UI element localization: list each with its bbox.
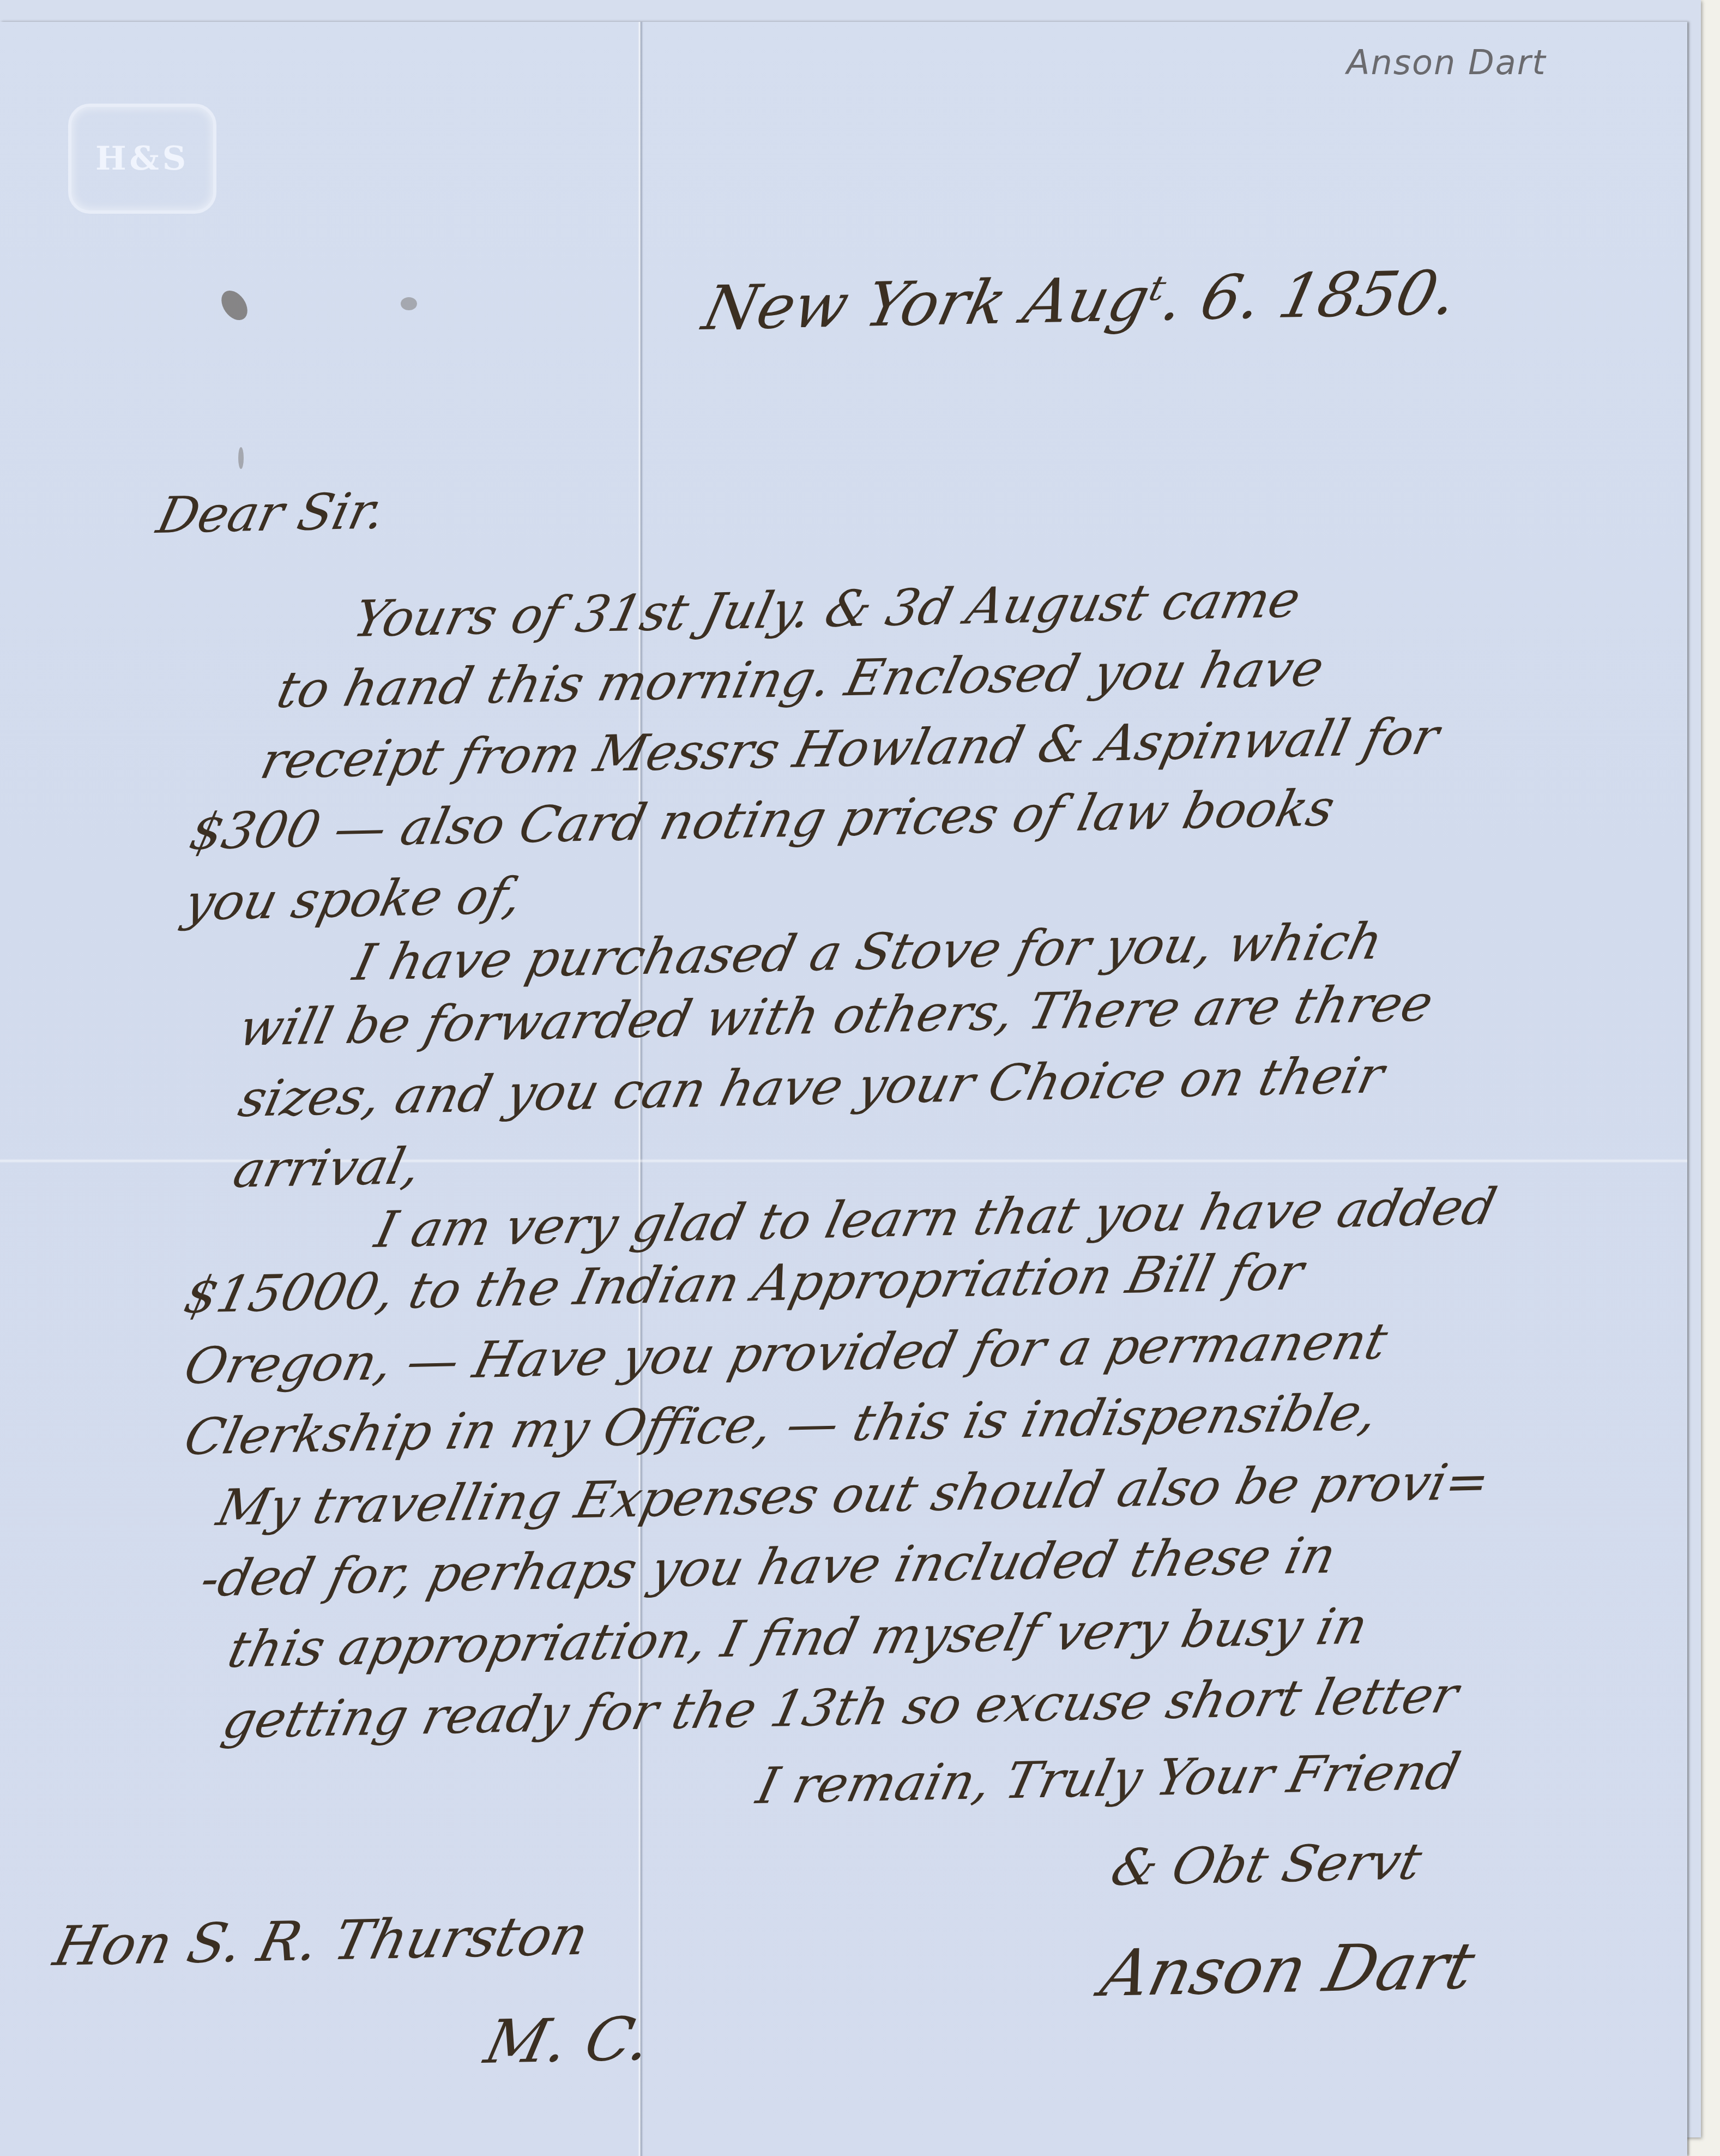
ink-blot	[238, 447, 244, 469]
body-line: Oregon, — Have you provided for a perman…	[180, 1316, 1392, 1392]
signature: Anson Dart	[1096, 1934, 1480, 2006]
body-line: I have purchased a Stove for you, which	[349, 917, 1387, 988]
body-line: sizes, and you can have your Choice on t…	[234, 1050, 1389, 1124]
body-line: receipt from Messrs Howland & Aspinwall …	[256, 712, 1444, 786]
body-line: arrival,	[229, 1141, 425, 1195]
body-line: $15000, to the Indian Appropriation Bill…	[180, 1247, 1308, 1321]
stationer-emboss-mark: H&S	[68, 104, 216, 214]
closing-line: I remain, Truly Your Friend	[752, 1747, 1464, 1811]
archival-pencil-note: Anson Dart	[1347, 43, 1546, 82]
body-line: to hand this morning. Enclosed you have	[273, 643, 1329, 715]
body-line: I am very glad to learn that you have ad…	[371, 1182, 1501, 1255]
addressee-line: Hon S. R. Thurston	[49, 1908, 593, 1974]
ink-blot	[216, 286, 252, 325]
body-line: you spoke of,	[180, 871, 527, 928]
ink-blot	[401, 297, 417, 310]
body-line: -ded for, perhaps you have included thes…	[196, 1531, 1341, 1604]
closing-line: & Obt Servt	[1107, 1836, 1426, 1893]
salutation: Dear Sir.	[153, 486, 390, 541]
body-line: Clerkship in my Office, — this is indisp…	[180, 1388, 1382, 1462]
letter-page: H&S Anson Dart New York Augᵗ. 6. 1850. D…	[0, 22, 1687, 2156]
dateline: New York Augᵗ. 6. 1850.	[698, 262, 1463, 339]
body-line: $300 — also Card noting prices of law bo…	[185, 783, 1339, 857]
body-line: My travelling Expenses out should also b…	[213, 1456, 1494, 1533]
body-line: this appropriation, I find myself very b…	[224, 1601, 1372, 1675]
body-line: Yours of 31st July. & 3d August came	[349, 575, 1305, 645]
addressee-line: M. C.	[480, 2009, 656, 2072]
body-line: getting ready for the 13th so excuse sho…	[218, 1670, 1463, 1746]
